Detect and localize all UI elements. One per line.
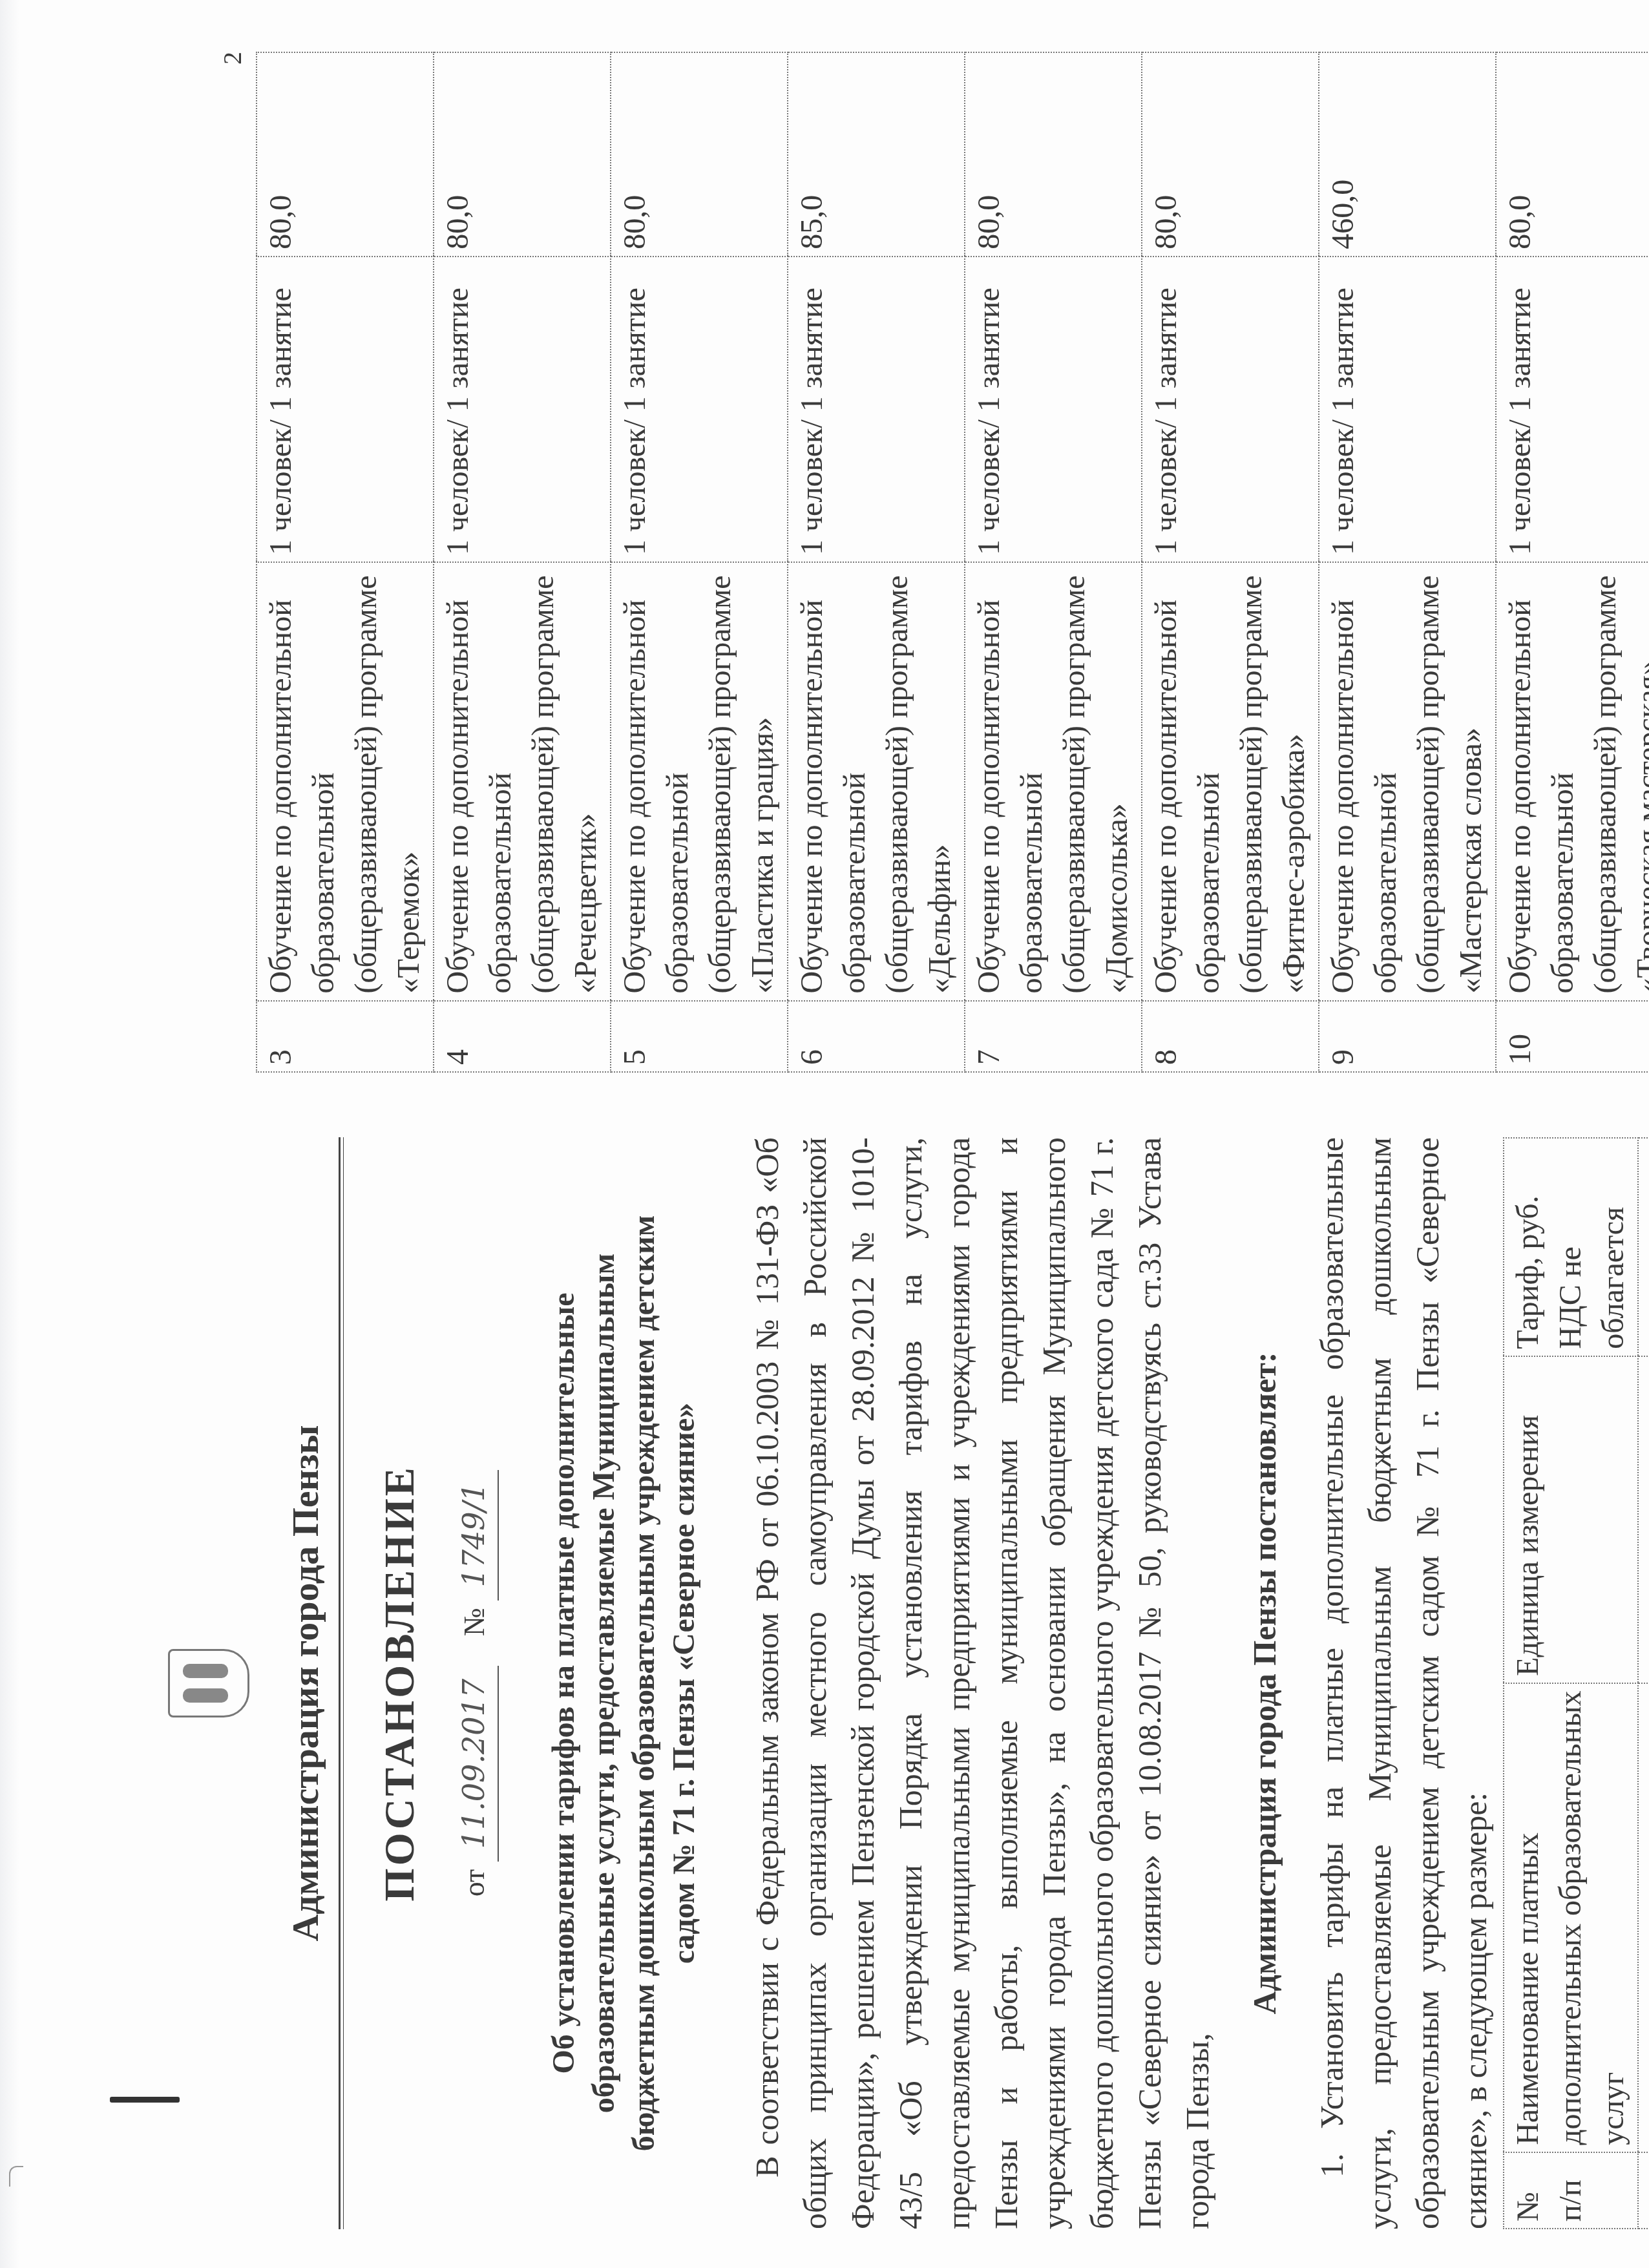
row-unit: 1 человек/ 1 занятие xyxy=(434,257,611,562)
table-row: 10Обучение по дополнительной образовател… xyxy=(1496,52,1649,1072)
row-name: Обучение по дополнительной образовательн… xyxy=(788,562,965,1001)
row-tariff: 460,0 xyxy=(1319,52,1496,257)
table-row: 9Обучение по дополнительной образователь… xyxy=(1319,52,1496,1072)
number-handwritten: 1749/1 xyxy=(450,1470,499,1601)
table-row: 8Обучение по дополнительной образователь… xyxy=(1142,52,1319,1072)
row-name: Обучение по дополнительной образовательн… xyxy=(611,562,788,1001)
row-unit: 1 человек/ 1 занятие xyxy=(1638,1356,1649,1683)
row-unit: 1 человек/ 1 занятие xyxy=(1319,257,1496,562)
row-num: 5 xyxy=(611,1001,788,1072)
row-tariff: 80,0 xyxy=(1496,52,1649,257)
date-number-line: от 11.09.2017 № 1749/1 xyxy=(450,1137,499,2229)
row-name: Обучение по дополнительной образовательн… xyxy=(434,562,611,1001)
header-unit: Единица измерения xyxy=(1504,1356,1638,1683)
row-num: 3 xyxy=(257,1001,434,1072)
row-num: 10 xyxy=(1496,1001,1649,1072)
row-name: Обучение по дополнительной образовательн… xyxy=(1496,562,1649,1001)
org-name: Администрация города Пензы xyxy=(256,1137,330,2229)
row-tariff: 80,0 xyxy=(1142,52,1319,257)
table-body-p1: 1Обучение по дополнительной образователь… xyxy=(1638,1138,1649,2229)
row-unit: 1 человек/ 1 занятие xyxy=(257,257,434,562)
header-tariff: Тариф, руб. НДС не облагается xyxy=(1504,1138,1638,1356)
header-num: № п/п xyxy=(1504,2152,1638,2229)
row-tariff: 80,0 xyxy=(257,52,434,257)
document-page-2: 2 3Обучение по дополнительной образовате… xyxy=(213,26,1628,1098)
row-num: 4 xyxy=(434,1001,611,1072)
row-unit: 1 человек/ 1 занятие xyxy=(788,257,965,562)
row-tariff: 80,0 xyxy=(611,52,788,257)
table-row: 5Обучение по дополнительной образователь… xyxy=(611,52,788,1072)
table-row: 1Обучение по дополнительной образователь… xyxy=(1638,1138,1649,2229)
table-body-p2: 3Обучение по дополнительной образователь… xyxy=(257,52,1649,1072)
row-unit: 1 человек/ 1 занятие xyxy=(611,257,788,562)
resolve-line: Администрация города Пензы постановляет: xyxy=(1241,1137,1288,2229)
table-row: 3Обучение по дополнительной образователь… xyxy=(257,52,434,1072)
row-name: Обучение по дополнительной образовательн… xyxy=(1319,562,1496,1001)
row-num: 8 xyxy=(1142,1001,1319,1072)
row-num: 1 xyxy=(1638,2152,1649,2229)
row-num: 7 xyxy=(965,1001,1142,1072)
table-row: 6Обучение по дополнительной образователь… xyxy=(788,52,965,1072)
row-name: Обучение по дополнительной образовательн… xyxy=(965,562,1142,1001)
number-prefix: № xyxy=(457,1608,490,1636)
page-number: 2 xyxy=(213,52,252,1073)
preamble-paragraph: В соответствии с Федеральным законом РФ … xyxy=(743,1137,1221,2229)
document-subject: Об установлении тарифов на платные допол… xyxy=(544,1215,704,2152)
document-type: ПОСТАНОВЛЕНИЕ xyxy=(376,1137,424,2229)
date-prefix: от xyxy=(457,1869,490,1897)
table-header-row: № п/п Наименование платных дополнительны… xyxy=(1504,1138,1638,2229)
row-name: Обучение по дополнительной образовательн… xyxy=(1638,1683,1649,2152)
row-name: Обучение по дополнительной образовательн… xyxy=(257,562,434,1001)
table-row: 7Обучение по дополнительной образователь… xyxy=(965,52,1142,1072)
document-page-1: Администрация города Пензы ПОСТАНОВЛЕНИЕ… xyxy=(168,1111,1615,2255)
header-name: Наименование платных дополнительных обра… xyxy=(1504,1683,1638,2152)
row-num: 6 xyxy=(788,1001,965,1072)
row-name: Обучение по дополнительной образовательн… xyxy=(1142,562,1319,1001)
row-tariff: 80,0 xyxy=(1638,1138,1649,1356)
city-emblem-icon xyxy=(168,1649,249,1717)
header-rule xyxy=(339,1137,344,2229)
scan-edge-shadow xyxy=(0,0,19,2268)
row-tariff: 80,0 xyxy=(434,52,611,257)
row-num: 9 xyxy=(1319,1001,1496,1072)
row-unit: 1 человек/ 1 занятие xyxy=(1496,257,1649,562)
row-tariff: 80,0 xyxy=(965,52,1142,257)
page-corner-fold xyxy=(9,2166,23,2187)
row-unit: 1 человек/ 1 занятие xyxy=(965,257,1142,562)
tariff-table-part-1: № п/п Наименование платных дополнительны… xyxy=(1503,1137,1649,2229)
row-unit: 1 человек/ 1 занятие xyxy=(1142,257,1319,562)
tariff-table-part-2: 3Обучение по дополнительной образователь… xyxy=(256,52,1649,1073)
item-1-paragraph: 1. Установить тарифы на платные дополнит… xyxy=(1308,1137,1499,2229)
table-row: 4Обучение по дополнительной образователь… xyxy=(434,52,611,1072)
row-tariff: 85,0 xyxy=(788,52,965,257)
date-handwritten: 11.09.2017 xyxy=(450,1666,499,1862)
